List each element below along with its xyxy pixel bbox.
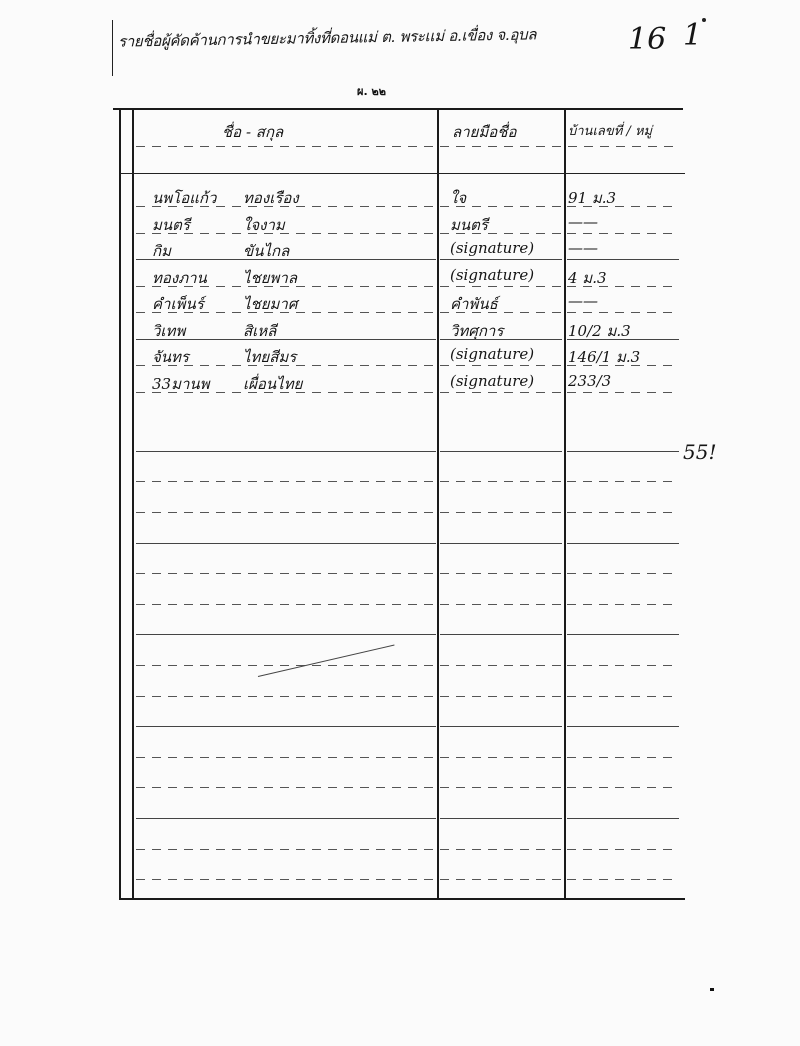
ruled-line [136, 726, 436, 727]
ruled-line [567, 818, 679, 819]
ruled-line [136, 879, 436, 880]
ruled-line [136, 312, 436, 313]
ruled-line [136, 543, 436, 544]
table-bottom-border [120, 898, 685, 900]
address-cell: —— [568, 239, 598, 257]
address-cell: —— [568, 292, 598, 310]
ruled-line [440, 259, 562, 260]
header-bottom-border [120, 173, 685, 174]
ruled-line [136, 849, 436, 850]
header-address: บ้านเลขที่ / หมู่ [568, 120, 652, 141]
ruled-line [567, 312, 679, 313]
ruled-line [136, 451, 436, 452]
header-signature: ลายมือชื่อ [452, 120, 517, 144]
page-number: 16 [628, 22, 666, 57]
ruled-line [440, 392, 562, 393]
table-row: 33มานพเผื่อนไทย(signature)233/3 [0, 372, 800, 400]
ruled-line [136, 286, 436, 287]
ruled-line [567, 259, 679, 260]
table-row: กิมขันไกล(signature)—— [0, 239, 800, 267]
ruled-line [136, 233, 436, 234]
ruled-line [567, 696, 679, 697]
table-row: นพโอแก้วทองเรืองใจ91 ม.3 [0, 186, 800, 214]
ruled-line [567, 634, 679, 635]
ruled-line [136, 696, 436, 697]
ruled-line [440, 787, 562, 788]
ruled-line [440, 365, 562, 366]
table-top-border [113, 108, 683, 110]
page-mark-dot [702, 18, 706, 22]
ruled-line [567, 726, 679, 727]
ruled-line [440, 879, 562, 880]
ruled-line [440, 818, 562, 819]
ruled-line [440, 696, 562, 697]
ruled-line [440, 339, 562, 340]
signature-cell: (signature) [450, 345, 534, 363]
document-title: รายชื่อผู้คัดค้านการนำขยะมาทิ้งที่ดอนแม่… [118, 22, 537, 53]
page-mark: 1 [683, 18, 702, 53]
table-row: คำเพ็นร์ไชยมาศคำพันธ์—— [0, 292, 800, 320]
ruled-line [440, 634, 562, 635]
title-margin-line [112, 20, 113, 76]
ruled-line [567, 604, 679, 605]
ruled-line [440, 726, 562, 727]
ruled-line [567, 339, 679, 340]
stray-pen-stroke [258, 645, 395, 677]
ruled-line [440, 604, 562, 605]
ruled-line [440, 206, 562, 207]
ruled-line [567, 573, 679, 574]
ruled-line [136, 604, 436, 605]
table-row: วิเทพสิเหลีวิทศุการ10/2 ม.3 [0, 319, 800, 347]
table-row: จันทรไทยสีมร(signature)146/1 ม.3 [0, 345, 800, 373]
ruled-line [567, 392, 679, 393]
ruled-line [567, 206, 679, 207]
scan-speck [710, 988, 714, 991]
signature-cell: (signature) [450, 239, 534, 257]
ruled-line [567, 849, 679, 850]
ruled-line [567, 365, 679, 366]
ruled-line [567, 286, 679, 287]
ruled-line [136, 259, 436, 260]
ruled-line [567, 233, 679, 234]
ruled-line [567, 787, 679, 788]
ruled-line [440, 233, 562, 234]
ruled-line [567, 879, 679, 880]
ruled-line [136, 206, 436, 207]
ruled-line [136, 573, 436, 574]
margin-note: 55! [683, 440, 717, 464]
ruled-line [136, 481, 436, 482]
ruled-line [136, 365, 436, 366]
ruled-line [136, 787, 436, 788]
ruled-line [567, 481, 679, 482]
ruled-line [136, 757, 436, 758]
ruled-line [567, 512, 679, 513]
ruled-line [567, 451, 679, 452]
ruled-line [136, 392, 436, 393]
ruled-line [440, 286, 562, 287]
ruled-line [440, 757, 562, 758]
signature-cell: (signature) [450, 266, 534, 284]
ruled-line [440, 512, 562, 513]
ruled-line [440, 543, 562, 544]
ruled-line [440, 481, 562, 482]
ruled-line [440, 573, 562, 574]
ruled-line [136, 818, 436, 819]
address-cell: —— [568, 213, 598, 231]
table-row: มนตรีใจงามมนตรี—— [0, 213, 800, 241]
ruled-line [567, 543, 679, 544]
ruled-line [440, 451, 562, 452]
header-guide-line [136, 146, 676, 147]
ruled-line [136, 634, 436, 635]
ruled-line [567, 665, 679, 666]
header-name: ชื่อ - สกุล [222, 120, 283, 144]
signature-cell: (signature) [450, 372, 534, 390]
ruled-line [440, 849, 562, 850]
ruled-line [136, 512, 436, 513]
ruled-line [567, 757, 679, 758]
ruled-line [440, 665, 562, 666]
address-cell: 233/3 [568, 372, 611, 390]
table-row: ทองภานไชยพาล(signature)4 ม.3 [0, 266, 800, 294]
ruled-line [440, 312, 562, 313]
ruled-line [136, 339, 436, 340]
form-code: ผ. ๒๒ [357, 82, 386, 100]
ruled-line [136, 665, 436, 666]
